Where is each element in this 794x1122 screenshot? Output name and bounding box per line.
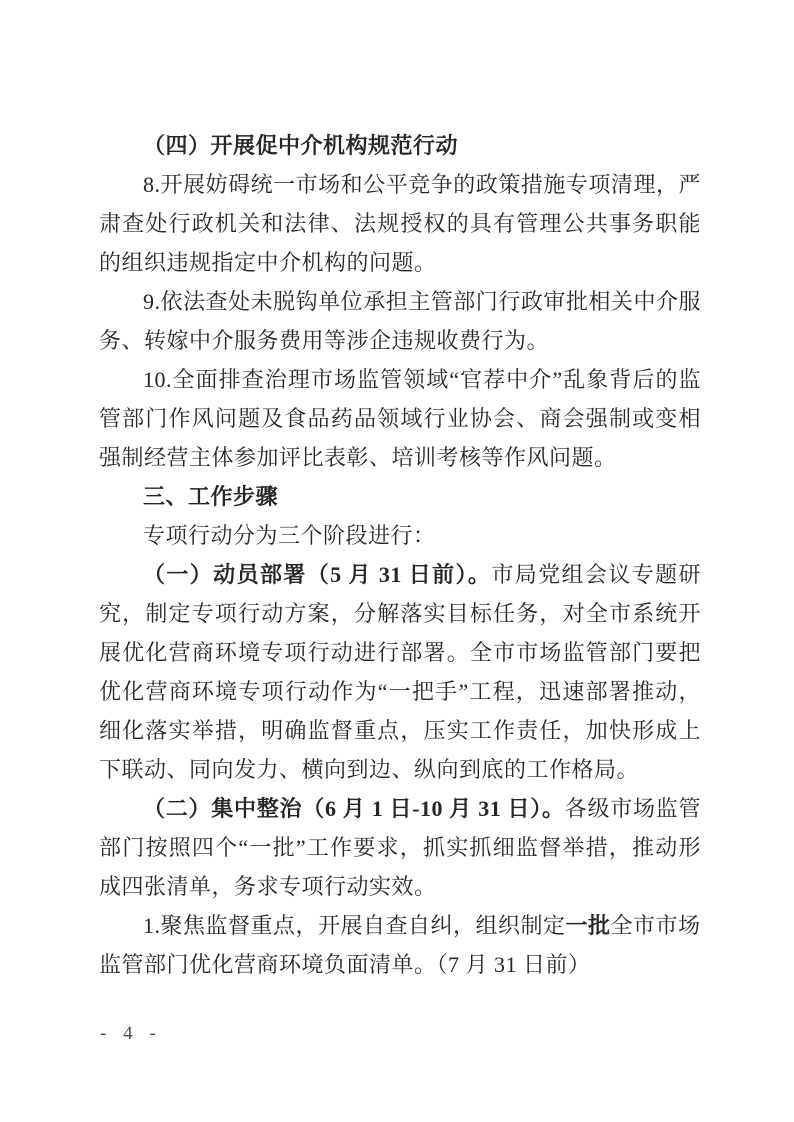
bold-text-run: （一）动员部署（5 月 31 日前）。 <box>143 562 491 587</box>
paragraph: 8.开展妨碍统一市场和公平竞争的政策措施专项清理，严肃查处行政机关和法律、法规授… <box>99 165 701 282</box>
bold-text-run: 一批 <box>566 913 611 938</box>
paragraph: 专项行动分为三个阶段进行： <box>99 516 701 555</box>
section-heading: 三、工作步骤 <box>99 477 701 516</box>
page-number: - 4 - <box>100 1022 162 1046</box>
section-heading: （四）开展促中介机构规范行动 <box>99 126 701 165</box>
document-page: （四）开展促中介机构规范行动8.开展妨碍统一市场和公平竞争的政策措施专项清理，严… <box>0 0 794 1122</box>
document-body: （四）开展促中介机构规范行动8.开展妨碍统一市场和公平竞争的政策措施专项清理，严… <box>99 126 701 984</box>
paragraph: 1.聚焦监督重点，开展自查自纠，组织制定一批全市市场监管部门优化营商环境负面清单… <box>99 906 701 984</box>
paragraph: 10.全面排查治理市场监管领域“官荐中介”乱象背后的监管部门作风问题及食品药品领… <box>99 360 701 477</box>
text-run: 10.全面排查治理市场监管领域“官荐中介”乱象背后的监管部门作风问题及食品药品领… <box>99 367 701 470</box>
text-run: 8.开展妨碍统一市场和公平竞争的政策措施专项清理，严肃查处行政机关和法律、法规授… <box>99 172 701 275</box>
paragraph: 9.依法查处未脱钩单位承担主管部门行政审批相关中介服务、转嫁中介服务费用等涉企违… <box>99 282 701 360</box>
bold-text-run: （二）集中整治（6 月 1 日-10 月 31 日）。 <box>143 796 565 821</box>
bold-text-run: （四）开展促中介机构规范行动 <box>143 133 458 158</box>
text-run: 1.聚焦监督重点，开展自查自纠，组织制定 <box>143 913 566 938</box>
text-run: 市局党组会议专题研究，制定专项行动方案，分解落实目标任务，对全市系统开展优化营商… <box>99 562 701 782</box>
paragraph: （一）动员部署（5 月 31 日前）。市局党组会议专题研究，制定专项行动方案，分… <box>99 555 701 789</box>
bold-text-run: 三、工作步骤 <box>143 484 278 509</box>
text-run: 9.依法查处未脱钩单位承担主管部门行政审批相关中介服务、转嫁中介服务费用等涉企违… <box>99 289 701 353</box>
text-run: 专项行动分为三个阶段进行： <box>143 523 436 548</box>
paragraph: （二）集中整治（6 月 1 日-10 月 31 日）。各级市场监管部门按照四个“… <box>99 789 701 906</box>
